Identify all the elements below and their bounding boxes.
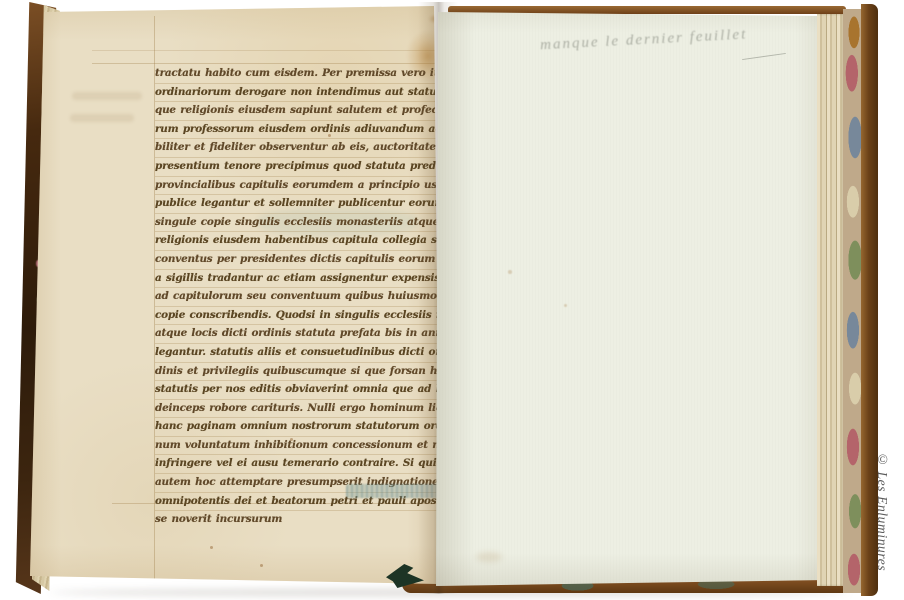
manuscript-photo: tractatu habito cum eisdem. Per premissa… [0, 0, 904, 600]
pencil-inscription: manque le dernier feuillet [540, 23, 821, 55]
photo-credit: © Les Enluminures [874, 452, 890, 600]
show-through-text [70, 114, 134, 122]
manuscript-line: conventus per presidentes dictis capitul… [155, 251, 457, 270]
blank-flyleaf-page: manque le dernier feuillet [436, 4, 826, 588]
manuscript-text-block: tractatu habito cum eisdem. Per premissa… [155, 65, 460, 529]
manuscript-line: rum professorum eiusdem ordinis adiuvand… [155, 121, 457, 140]
pencil-underline-mark [742, 53, 786, 60]
parchment-speck [260, 564, 263, 567]
horizontal-ruling-line [92, 50, 460, 51]
fore-edge-leaves [817, 14, 845, 586]
manuscript-line: ad capitulorum seu conventuum quibus hui… [155, 288, 457, 307]
manuscript-line: publice legantur et sollemniter publicen… [155, 195, 457, 214]
manuscript-line: statutis per nos editis obviaverint omni… [155, 381, 457, 400]
manuscript-line: hanc paginam omnium nostrorum statutorum… [155, 418, 457, 437]
manuscript-line: legantur. statutis aliis et consuetudini… [155, 344, 457, 363]
manuscript-line: biliter et fideliter observentur ab eis,… [155, 139, 457, 158]
show-through-text [72, 92, 142, 100]
manuscript-line: infringere vel ei ausu temerario contrai… [155, 455, 457, 474]
manuscript-line: singule copie singulis ecclesiis monaste… [155, 214, 457, 233]
manuscript-line: copie conscribendis. Quodsi in singulis … [155, 307, 457, 326]
manuscript-line: se noverit incursurum [155, 511, 457, 529]
manuscript-line: provincialibus capitulis eorumdem a prin… [155, 177, 457, 196]
manuscript-line: que religionis eiusdem sapiunt salutem e… [155, 102, 457, 121]
horizontal-ruling-line [92, 63, 460, 64]
manuscript-line: tractatu habito cum eisdem. Per premissa… [155, 65, 457, 84]
foxing-spot [564, 304, 567, 307]
foxing-spot [476, 552, 502, 562]
manuscript-line: religionis eiusdem habentibus capitula c… [155, 232, 457, 251]
manuscript-line: deinceps robore carituris. Nulli ergo ho… [155, 400, 457, 419]
manuscript-line: presentium tenore precipimus quod statut… [155, 158, 457, 177]
manuscript-line: num voluntatum inhibitionum concessionum… [155, 437, 457, 456]
manuscript-page: tractatu habito cum eisdem. Per premissa… [28, 6, 440, 586]
manuscript-line: ordinariorum derogare non intendimus aut… [155, 84, 457, 103]
foxing-spot [508, 270, 512, 274]
manuscript-line: dinis et privilegiis quibuscumque si que… [155, 363, 457, 382]
parchment-speck [210, 546, 213, 549]
manuscript-line: atque locis dicti ordinis statuta prefat… [155, 325, 457, 344]
manuscript-line: a sigillis tradantur ac etiam assignentu… [155, 270, 457, 289]
